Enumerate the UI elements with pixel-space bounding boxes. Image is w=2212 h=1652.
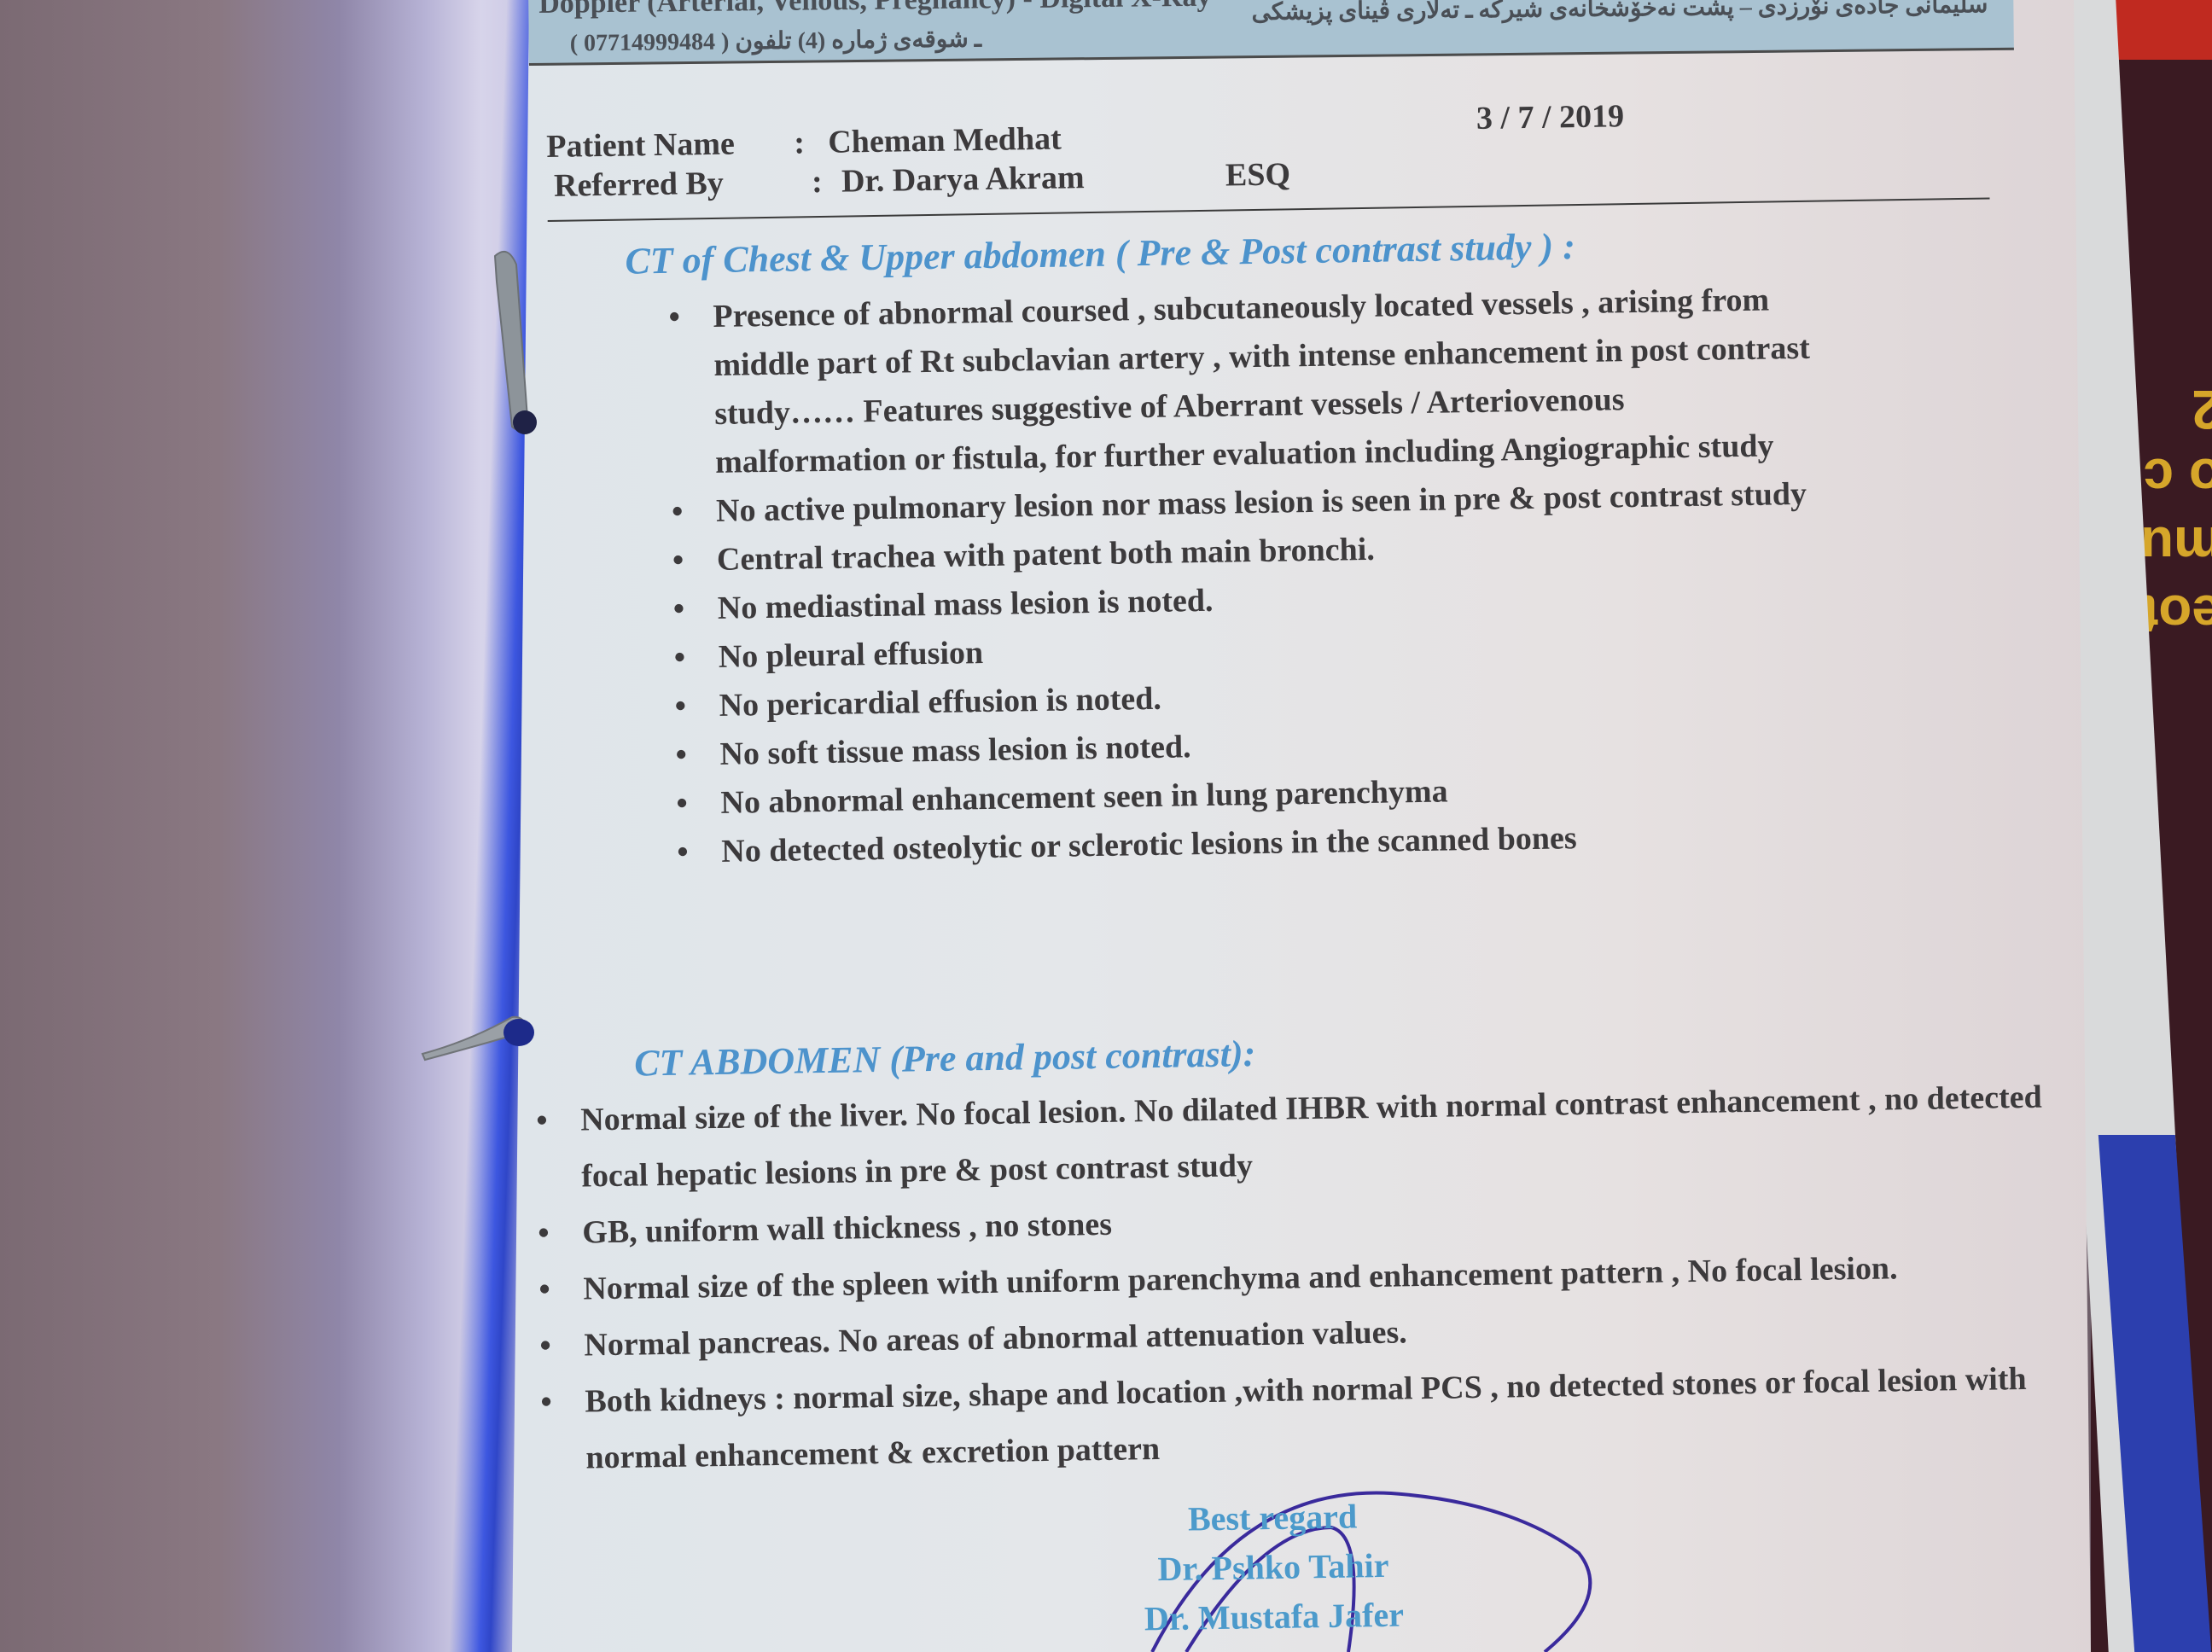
binder-clip-icon: [418, 1007, 546, 1075]
bullet-icon: •: [672, 585, 684, 634]
finding-text: No mediastinal mass lesion is noted.: [718, 583, 1214, 626]
bullet-icon: •: [673, 634, 685, 683]
bullet-icon: •: [675, 731, 687, 780]
finding-text: Normal pancreas. No areas of abnormal at…: [584, 1314, 1407, 1363]
bullet-icon: •: [540, 1374, 552, 1430]
bullet-icon: •: [538, 1205, 550, 1261]
doctor-name-1: Dr. Pshko Tahir: [1144, 1541, 1404, 1595]
bullet-icon: •: [538, 1261, 550, 1318]
bullet-icon: •: [668, 294, 680, 342]
bullet-icon: •: [539, 1318, 551, 1374]
bullet-icon: •: [536, 1092, 548, 1149]
finding-item: •Presence of abnormal coursed , subcutan…: [668, 276, 1823, 488]
bullet-icon: •: [672, 488, 684, 537]
signature-block: Best regard Dr. Pshko Tahir Dr. Mustafa …: [1143, 1492, 1405, 1644]
bullet-icon: •: [676, 779, 688, 828]
finding-text: Normal size of the spleen with uniform p…: [583, 1250, 1898, 1306]
closing-text: Best regard: [1143, 1492, 1403, 1545]
separator: :: [794, 124, 805, 161]
patient-name-label: Patient Name: [546, 125, 735, 166]
referred-by-label: Referred By: [554, 165, 724, 205]
finding-text: Presence of abnormal coursed , subcutane…: [713, 282, 1810, 480]
bullet-icon: •: [674, 683, 686, 731]
bullet-icon: •: [672, 537, 684, 585]
separator: :: [812, 163, 823, 201]
binder-clip-icon: [486, 247, 546, 452]
doctor-name-2: Dr. Mustafa Jafer: [1144, 1591, 1404, 1644]
finding-text: GB, uniform wall thickness , no stones: [582, 1207, 1112, 1251]
finding-text: No abnormal enhancement seen in lung par…: [720, 774, 1448, 821]
referred-by-extra: ESQ: [1225, 155, 1291, 194]
letterhead-services: Doppler (Arterial, Venous, Pregnancy) - …: [538, 0, 1212, 20]
finding-text: No pleural effusion: [718, 635, 983, 675]
referred-by-value: Dr. Darya Akram: [841, 159, 1085, 200]
finding-text: Normal size of the liver. No focal lesio…: [580, 1079, 2042, 1195]
finding-text: No soft tissue mass lesion is noted.: [719, 729, 1191, 772]
chest-findings-list: •Presence of abnormal coursed , subcutan…: [668, 276, 1830, 877]
finding-text: No detected osteolytic or sclerotic lesi…: [721, 820, 1577, 870]
bullet-icon: •: [677, 828, 689, 876]
abdomen-findings-list: •Normal size of the liver. No focal lesi…: [536, 1068, 2078, 1486]
report-date: 3 / 7 / 2019: [1476, 97, 1625, 137]
letterhead-address: سلیمانی جادەی نۆرزدی – پشت نەخۆشخانەی شی…: [1251, 0, 1988, 26]
finding-text: No pericardial effusion is noted.: [719, 681, 1161, 724]
finding-text: Central trachea with patent both main br…: [717, 532, 1375, 578]
letterhead-phone: ـ شوقەی ژمارە (4) تلفون ( 07714999484 ): [570, 24, 982, 57]
patient-name-value: Cheman Medhat: [828, 120, 1062, 161]
background-upside-down-text: eot mu o c 2: [2140, 375, 2212, 649]
